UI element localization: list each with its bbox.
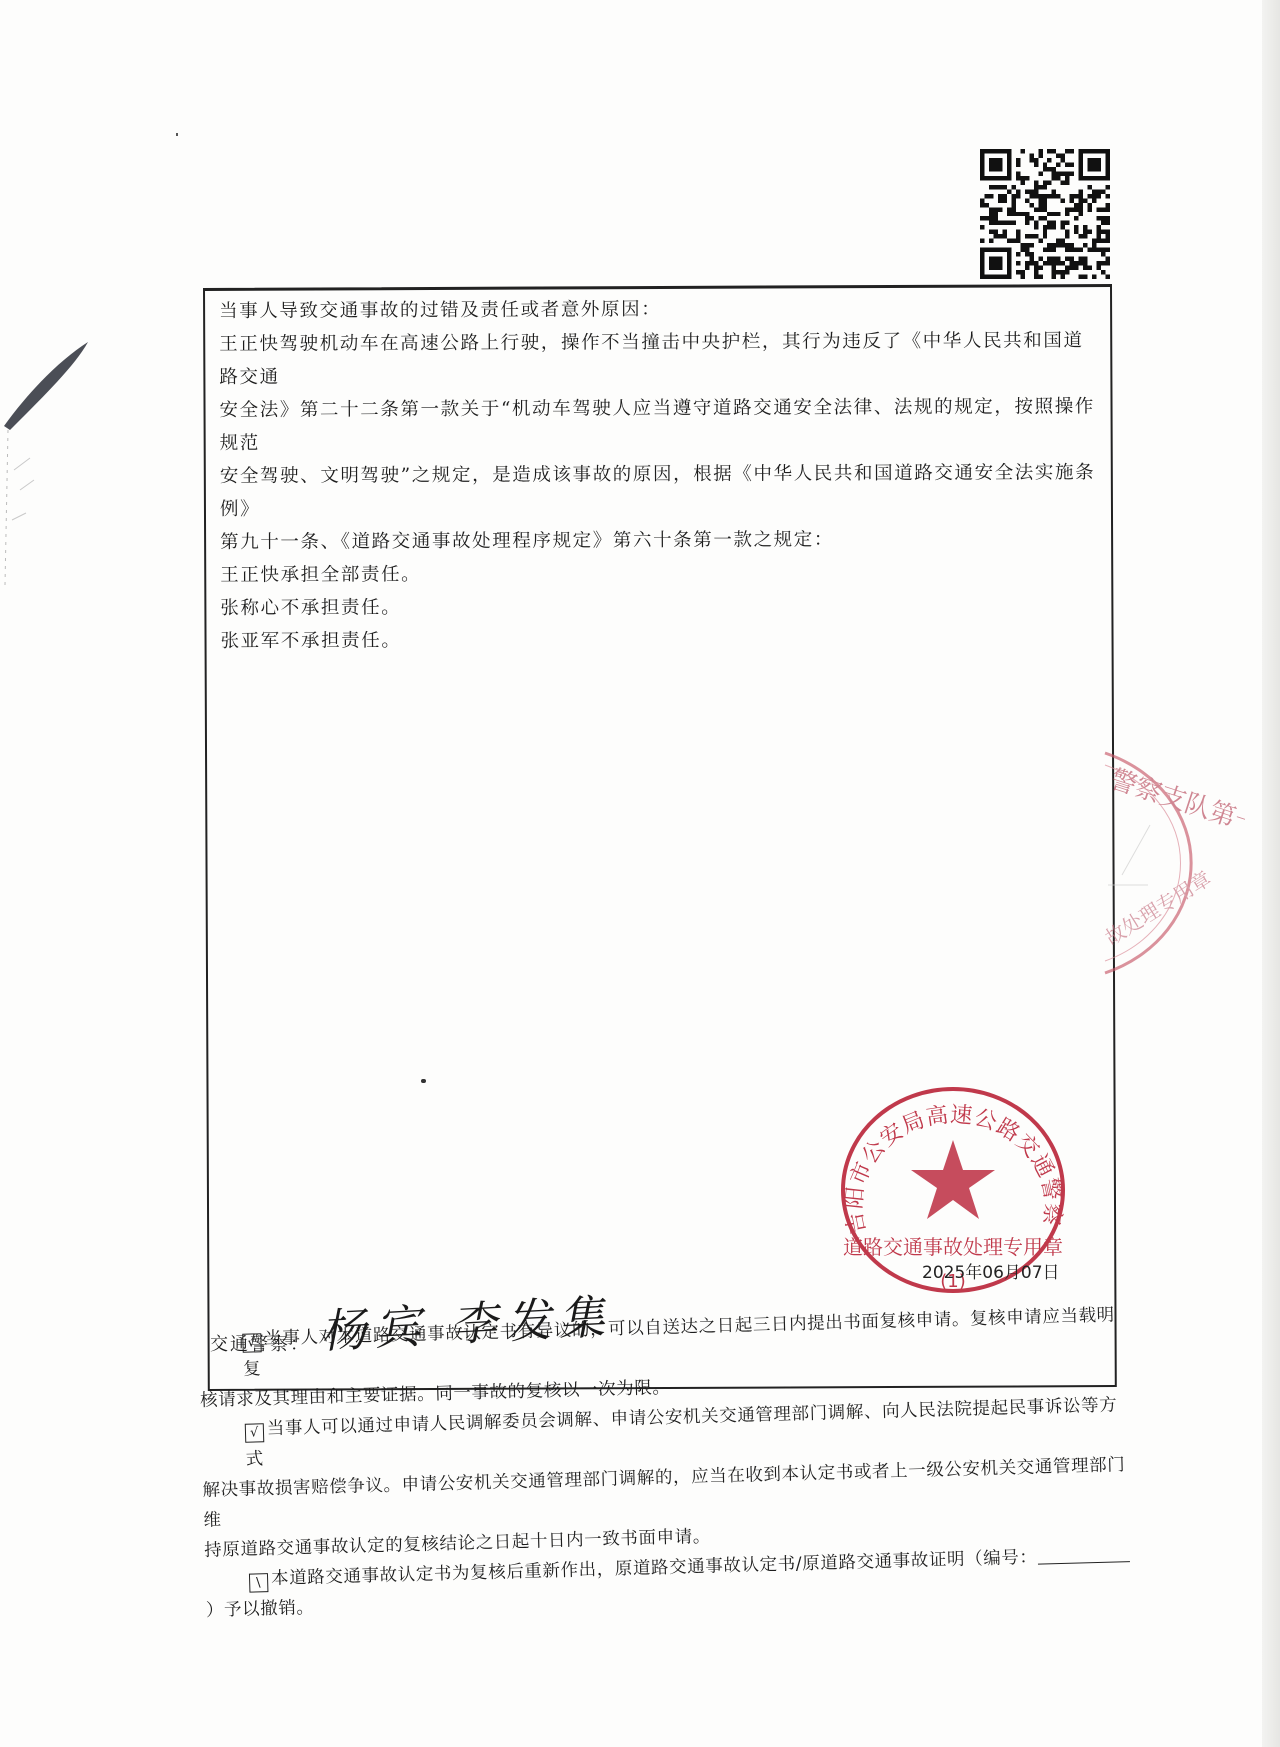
paragraph-line: 王正快驾驶机动车在高速公路上行驶，操作不当撞击中央护栏，其行为违反了《中华人民共… — [219, 324, 1100, 394]
paragraph-line: 安全法》第二十二条第一款关于“机动车驾驶人应当遵守道路交通安全法律、法规的规定，… — [219, 390, 1100, 460]
paragraph-line: 安全驾驶、文明驾驶”之规定，是造成该事故的原因，根据《中华人民共和国道路交通安全… — [220, 456, 1101, 526]
svg-text:警察支队第一大队: 警察支队第一大队 — [1106, 764, 1245, 857]
speck-mark — [176, 133, 178, 136]
issue-date: 2025年06月07日 — [922, 1258, 1060, 1283]
checkbox-revocation[interactable]: \ — [249, 1573, 269, 1593]
responsibility-line: 张亚军不承担责任。 — [220, 621, 1101, 658]
svg-text:道路交通事故处理专用章: 道路交通事故处理专用章 — [843, 1235, 1063, 1259]
checkbox-review-right[interactable]: √ — [242, 1333, 262, 1353]
determination-text: 当事人导致交通事故的过错及责任或者意外原因： 王正快驾驶机动车在高速公路上行驶，… — [219, 291, 1102, 658]
checkbox-mediation[interactable]: √ — [245, 1423, 265, 1443]
responsibility-line: 王正快承担全部责任。 — [220, 555, 1101, 592]
serial-number-blank — [1037, 1545, 1129, 1565]
section-heading: 当事人导致交通事故的过错及责任或者意外原因： — [219, 291, 1100, 328]
partial-seal-stamp: 警察支队第一大队 故处理专用章 — [1100, 745, 1245, 980]
ink-dot — [421, 1079, 426, 1083]
page-edge-shadow — [1262, 0, 1280, 1747]
notice-section: √当事人对本道路交通事故认定书有异议的，可以自送达之日起三日内提出书面复核申请。… — [198, 1300, 1136, 1626]
paragraph-line: 第九十一条、《道路交通事故处理程序规定》第六十条第一款之规定： — [220, 522, 1101, 559]
responsibility-line: 张称心不承担责任。 — [220, 588, 1101, 625]
paper-fold-artifact — [0, 330, 100, 590]
svg-text:故处理专用章: 故处理专用章 — [1101, 866, 1215, 950]
qr-code-icon — [980, 148, 1110, 280]
